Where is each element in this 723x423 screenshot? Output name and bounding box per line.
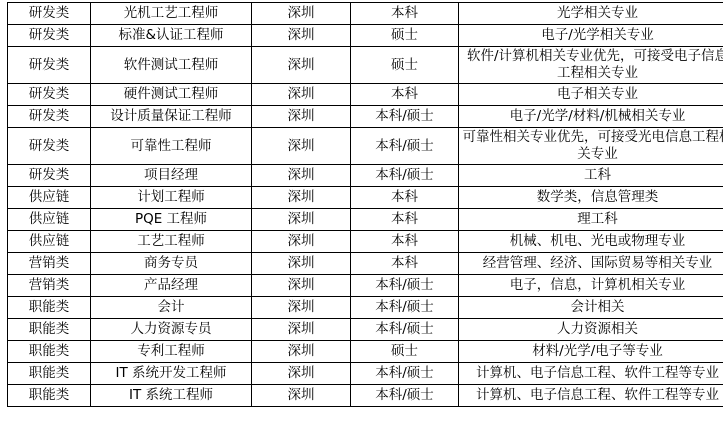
degree-cell: 本科/硕士 [351, 319, 459, 341]
location-cell: 深圳 [252, 187, 351, 209]
degree-cell: 本科 [351, 209, 459, 231]
major-cell: 可靠性相关专业优先，可接受光电信息工程相关专业 [459, 128, 723, 165]
major-cell: 软件/计算机相关专业优先，可接受电子信息工程相关专业 [459, 47, 723, 84]
position-cell: 会计 [91, 297, 252, 319]
position-cell: 产品经理 [91, 275, 252, 297]
major-cell: 人力资源相关 [459, 319, 723, 341]
table-row: 研发类标准&认证工程师深圳硕士电子/光学相关专业 [8, 25, 723, 47]
degree-cell: 本科 [351, 3, 459, 25]
degree-cell: 本科/硕士 [351, 275, 459, 297]
location-cell: 深圳 [252, 128, 351, 165]
position-cell: 标准&认证工程师 [91, 25, 252, 47]
location-cell: 深圳 [252, 106, 351, 128]
table-row: 研发类项目经理深圳本科/硕士工科 [8, 165, 723, 187]
location-cell: 深圳 [252, 209, 351, 231]
major-cell: 电子/光学相关专业 [459, 25, 723, 47]
major-cell: 经营管理、经济、国际贸易等相关专业 [459, 253, 723, 275]
job-openings-table-container: 研发类光机工艺工程师深圳本科光学相关专业研发类标准&认证工程师深圳硕士电子/光学… [7, 2, 723, 407]
table-row: 研发类可靠性工程师深圳本科/硕士可靠性相关专业优先，可接受光电信息工程相关专业 [8, 128, 723, 165]
job-openings-table: 研发类光机工艺工程师深圳本科光学相关专业研发类标准&认证工程师深圳硕士电子/光学… [7, 2, 723, 407]
category-cell: 研发类 [8, 3, 91, 25]
category-cell: 营销类 [8, 275, 91, 297]
major-cell: 会计相关 [459, 297, 723, 319]
degree-cell: 本科 [351, 253, 459, 275]
table-row: 职能类IT 系统开发工程师深圳本科/硕士计算机、电子信息工程、软件工程等专业 [8, 363, 723, 385]
location-cell: 深圳 [252, 47, 351, 84]
category-cell: 供应链 [8, 187, 91, 209]
location-cell: 深圳 [252, 25, 351, 47]
table-row: 职能类会计深圳本科/硕士会计相关 [8, 297, 723, 319]
degree-cell: 本科 [351, 84, 459, 106]
position-cell: PQE 工程师 [91, 209, 252, 231]
table-row: 研发类设计质量保证工程师深圳本科/硕士电子/光学/材料/机械相关专业 [8, 106, 723, 128]
major-cell: 电子相关专业 [459, 84, 723, 106]
category-cell: 研发类 [8, 128, 91, 165]
degree-cell: 硕士 [351, 341, 459, 363]
table-body: 研发类光机工艺工程师深圳本科光学相关专业研发类标准&认证工程师深圳硕士电子/光学… [8, 3, 723, 407]
major-cell: 电子/光学/材料/机械相关专业 [459, 106, 723, 128]
degree-cell: 本科 [351, 231, 459, 253]
table-row: 职能类专利工程师深圳硕士材料/光学/电子等专业 [8, 341, 723, 363]
category-cell: 职能类 [8, 385, 91, 407]
category-cell: 研发类 [8, 165, 91, 187]
position-cell: 光机工艺工程师 [91, 3, 252, 25]
degree-cell: 硕士 [351, 25, 459, 47]
location-cell: 深圳 [252, 84, 351, 106]
category-cell: 供应链 [8, 209, 91, 231]
category-cell: 研发类 [8, 25, 91, 47]
location-cell: 深圳 [252, 363, 351, 385]
position-cell: 可靠性工程师 [91, 128, 252, 165]
location-cell: 深圳 [252, 385, 351, 407]
table-row: 研发类硬件测试工程师深圳本科电子相关专业 [8, 84, 723, 106]
category-cell: 供应链 [8, 231, 91, 253]
degree-cell: 本科/硕士 [351, 128, 459, 165]
location-cell: 深圳 [252, 231, 351, 253]
category-cell: 职能类 [8, 319, 91, 341]
position-cell: IT 系统工程师 [91, 385, 252, 407]
major-cell: 电子，信息，计算机相关专业 [459, 275, 723, 297]
position-cell: 计划工程师 [91, 187, 252, 209]
major-cell: 工科 [459, 165, 723, 187]
major-cell: 数学类，信息管理类 [459, 187, 723, 209]
category-cell: 研发类 [8, 84, 91, 106]
table-row: 供应链计划工程师深圳本科数学类，信息管理类 [8, 187, 723, 209]
category-cell: 职能类 [8, 341, 91, 363]
category-cell: 研发类 [8, 106, 91, 128]
table-row: 职能类人力资源专员深圳本科/硕士人力资源相关 [8, 319, 723, 341]
table-row: 营销类产品经理深圳本科/硕士电子，信息，计算机相关专业 [8, 275, 723, 297]
location-cell: 深圳 [252, 165, 351, 187]
category-cell: 营销类 [8, 253, 91, 275]
position-cell: 设计质量保证工程师 [91, 106, 252, 128]
position-cell: 人力资源专员 [91, 319, 252, 341]
table-row: 供应链工艺工程师深圳本科机械、机电、光电或物理专业 [8, 231, 723, 253]
table-row: 营销类商务专员深圳本科经营管理、经济、国际贸易等相关专业 [8, 253, 723, 275]
position-cell: IT 系统开发工程师 [91, 363, 252, 385]
location-cell: 深圳 [252, 253, 351, 275]
position-cell: 硬件测试工程师 [91, 84, 252, 106]
position-cell: 项目经理 [91, 165, 252, 187]
table-row: 职能类IT 系统工程师深圳本科/硕士计算机、电子信息工程、软件工程等专业 [8, 385, 723, 407]
degree-cell: 本科/硕士 [351, 106, 459, 128]
position-cell: 工艺工程师 [91, 231, 252, 253]
major-cell: 机械、机电、光电或物理专业 [459, 231, 723, 253]
location-cell: 深圳 [252, 341, 351, 363]
category-cell: 研发类 [8, 47, 91, 84]
major-cell: 光学相关专业 [459, 3, 723, 25]
degree-cell: 硕士 [351, 47, 459, 84]
category-cell: 职能类 [8, 297, 91, 319]
table-row: 研发类软件测试工程师深圳硕士软件/计算机相关专业优先，可接受电子信息工程相关专业 [8, 47, 723, 84]
location-cell: 深圳 [252, 275, 351, 297]
degree-cell: 本科/硕士 [351, 165, 459, 187]
degree-cell: 本科/硕士 [351, 385, 459, 407]
location-cell: 深圳 [252, 297, 351, 319]
table-row: 供应链PQE 工程师深圳本科理工科 [8, 209, 723, 231]
major-cell: 计算机、电子信息工程、软件工程等专业 [459, 385, 723, 407]
major-cell: 计算机、电子信息工程、软件工程等专业 [459, 363, 723, 385]
position-cell: 商务专员 [91, 253, 252, 275]
major-cell: 理工科 [459, 209, 723, 231]
location-cell: 深圳 [252, 319, 351, 341]
major-cell: 材料/光学/电子等专业 [459, 341, 723, 363]
degree-cell: 本科/硕士 [351, 363, 459, 385]
location-cell: 深圳 [252, 3, 351, 25]
position-cell: 软件测试工程师 [91, 47, 252, 84]
degree-cell: 本科 [351, 187, 459, 209]
degree-cell: 本科/硕士 [351, 297, 459, 319]
table-row: 研发类光机工艺工程师深圳本科光学相关专业 [8, 3, 723, 25]
position-cell: 专利工程师 [91, 341, 252, 363]
category-cell: 职能类 [8, 363, 91, 385]
